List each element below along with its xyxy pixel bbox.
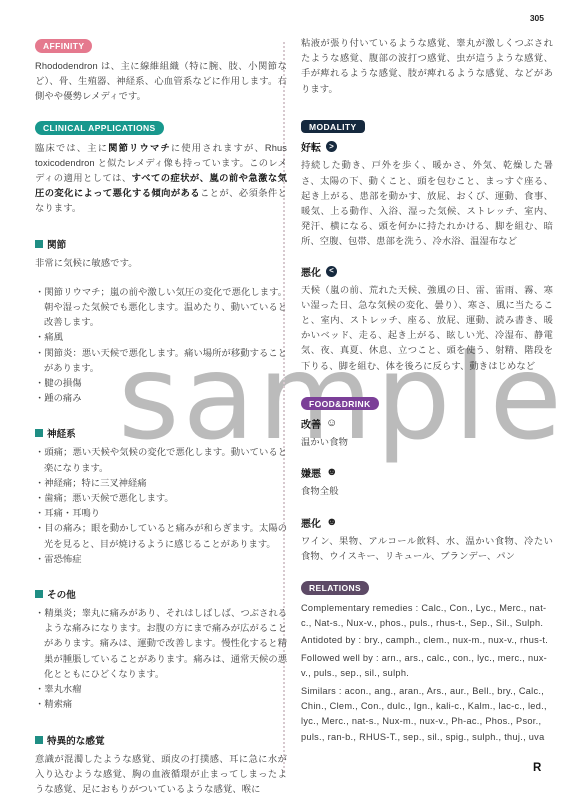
- joints-section-title: 関節: [47, 237, 66, 251]
- list-item: ・睾丸水瘤: [35, 682, 287, 697]
- list-item: ・目の痛み；眼を動かしていると痛みが和らぎます。太陽の光を見ると、目が焼けるよう…: [35, 521, 287, 551]
- nerves-section-title: 神経系: [47, 426, 76, 440]
- list-item: ・歯痛；悪い天候で悪化します。: [35, 491, 287, 506]
- list-item: ・精巣炎；睾丸に痛みがあり、それはしばしば、つぶされるような痛みになります。お腹…: [35, 606, 287, 682]
- food-improve-entry: 改善 ☺ 温かい食物: [301, 416, 553, 450]
- clinical-applications-body: 臨床では、主に関節リウマチに使用されますが、Rhus toxicodendron…: [35, 141, 287, 217]
- chevron-left-circle-icon: <: [326, 266, 337, 277]
- relations-entry-label: Antidoted by :: [301, 635, 364, 645]
- food-worse-body: ワイン、果物、アルコール飲料、水、温かい食物、冷たい食物、ウイスキー、リキュール…: [301, 534, 553, 564]
- sensations-section-heading: 特異的な感覚: [35, 733, 287, 747]
- relations-entry: Followed well by : arn., ars., calc., co…: [301, 651, 553, 682]
- affinity-section-label: AFFINITY: [35, 39, 92, 53]
- better-body: 持続した動き、戸外を歩く、暖かさ、外気、乾燥した暑さ、太陽の下、動くこと、頭を包…: [301, 158, 553, 249]
- modality-section-label: MODALITY: [301, 120, 365, 134]
- list-item: ・雷恐怖症: [35, 552, 287, 567]
- clinical-text-segment: 臨床では、主に: [35, 143, 108, 153]
- others-list: ・精巣炎；睾丸に痛みがあり、それはしばしば、つぶされるような痛みになります。お腹…: [35, 606, 287, 712]
- sensations-body: 意識が混濁したような感覚、頭皮の打撲感、耳に急に水が入り込むような感覚、胸の血液…: [35, 752, 287, 798]
- square-bullet-icon: [35, 736, 43, 744]
- left-column: AFFINITY Rhododendron は、主に線維組織（特に腕、肢、小関節…: [35, 36, 287, 797]
- better-heading-label: 好転: [301, 139, 321, 154]
- relations-entry-label: Followed well by :: [301, 653, 382, 663]
- food-worse-heading: 悪化 ☻: [301, 515, 553, 530]
- relations-entry-value: bry., camph., clem., nux-m., nux-v., rhu…: [364, 635, 548, 645]
- chevron-right-circle-icon: >: [326, 141, 337, 152]
- worse-heading-label: 悪化: [301, 264, 321, 279]
- food-aversion-label: 嫌悪: [301, 465, 321, 480]
- food-drink-section-label: FOOD&DRINK: [301, 397, 379, 411]
- list-item: ・関節炎：悪い天候で悪化します。痛い場所が移動することがあります。: [35, 346, 287, 376]
- smiley-face-icon: ☺: [326, 418, 337, 429]
- relations-entry: Similars : acon., ang., aran., Ars., aur…: [301, 684, 553, 746]
- list-item: ・痛風: [35, 330, 287, 345]
- alphabet-tab-letter: R: [533, 762, 541, 774]
- worse-heading: 悪化 <: [301, 264, 553, 279]
- list-item: ・踵の痛み: [35, 391, 287, 406]
- relations-entry: Complementary remedies : Calc., Con., Ly…: [301, 601, 553, 632]
- others-section-title: その他: [47, 587, 76, 601]
- food-improve-label: 改善: [301, 416, 321, 431]
- sensations-section-title: 特異的な感覚: [47, 733, 105, 747]
- joints-intro: 非常に気候に敏感です。: [35, 256, 287, 271]
- affinity-body: Rhododendron は、主に線維組織（特に腕、肢、小関節など）、骨、生殖器…: [35, 59, 287, 105]
- right-column: 粘液が張り付いているような感覚、睾丸が激しくつぶされたような感覚、腹部の波打つ感…: [301, 36, 553, 747]
- food-improve-body: 温かい食物: [301, 435, 553, 450]
- worse-body: 天候（嵐の前、荒れた天候、強風の日、雷、雷雨、霧、寒い湿った日、急な気候の変化、…: [301, 283, 553, 374]
- joints-section-heading: 関節: [35, 237, 287, 251]
- others-section-heading: その他: [35, 587, 287, 601]
- nerves-section-heading: 神経系: [35, 426, 287, 440]
- food-improve-heading: 改善 ☺: [301, 416, 553, 431]
- relations-section-label: RELATIONS: [301, 581, 369, 595]
- food-aversion-entry: 嫌悪 ☻ 食物全般: [301, 465, 553, 499]
- relations-entry-label: Similars :: [301, 686, 345, 696]
- square-bullet-icon: [35, 590, 43, 598]
- worse-face-icon: ☻: [326, 517, 338, 528]
- square-bullet-icon: [35, 240, 43, 248]
- book-page: sample 305 AFFINITY Rhododendron は、主に線維組…: [0, 0, 564, 800]
- food-worse-label: 悪化: [301, 515, 321, 530]
- list-item: ・耳痛・耳鳴り: [35, 506, 287, 521]
- relations-entry-label: Complementary remedies :: [301, 603, 421, 613]
- clinical-applications-section-label: CLINICAL APPLICATIONS: [35, 121, 164, 135]
- aversion-face-icon: ☻: [326, 467, 338, 478]
- food-worse-entry: 悪化 ☻ ワイン、果物、アルコール飲料、水、温かい食物、冷たい食物、ウイスキー、…: [301, 515, 553, 564]
- list-item: ・神経痛；特に三叉神経痛: [35, 476, 287, 491]
- joints-list: ・関節リウマチ；嵐の前や激しい気圧の変化で悪化します。朝や湿った気候でも悪化しま…: [35, 285, 287, 407]
- square-bullet-icon: [35, 429, 43, 437]
- food-aversion-heading: 嫌悪 ☻: [301, 465, 553, 480]
- better-heading: 好転 >: [301, 139, 553, 154]
- list-item: ・精索痛: [35, 697, 287, 712]
- list-item: ・頭痛；悪い天候や気候の変化で悪化します。動いていると楽になります。: [35, 445, 287, 475]
- sensations-body-continued: 粘液が張り付いているような感覚、睾丸が激しくつぶされたような感覚、腹部の波打つ感…: [301, 36, 553, 97]
- list-item: ・関節リウマチ；嵐の前や激しい気圧の変化で悪化します。朝や湿った気候でも悪化しま…: [35, 285, 287, 331]
- nerves-list: ・頭痛；悪い天候や気候の変化で悪化します。動いていると楽になります。 ・神経痛；…: [35, 445, 287, 567]
- relations-entry: Antidoted by : bry., camph., clem., nux-…: [301, 633, 553, 648]
- page-number: 305: [530, 13, 544, 23]
- clinical-bold-segment: 関節リウマチ: [108, 143, 171, 153]
- list-item: ・腱の損傷: [35, 376, 287, 391]
- food-aversion-body: 食物全般: [301, 484, 553, 499]
